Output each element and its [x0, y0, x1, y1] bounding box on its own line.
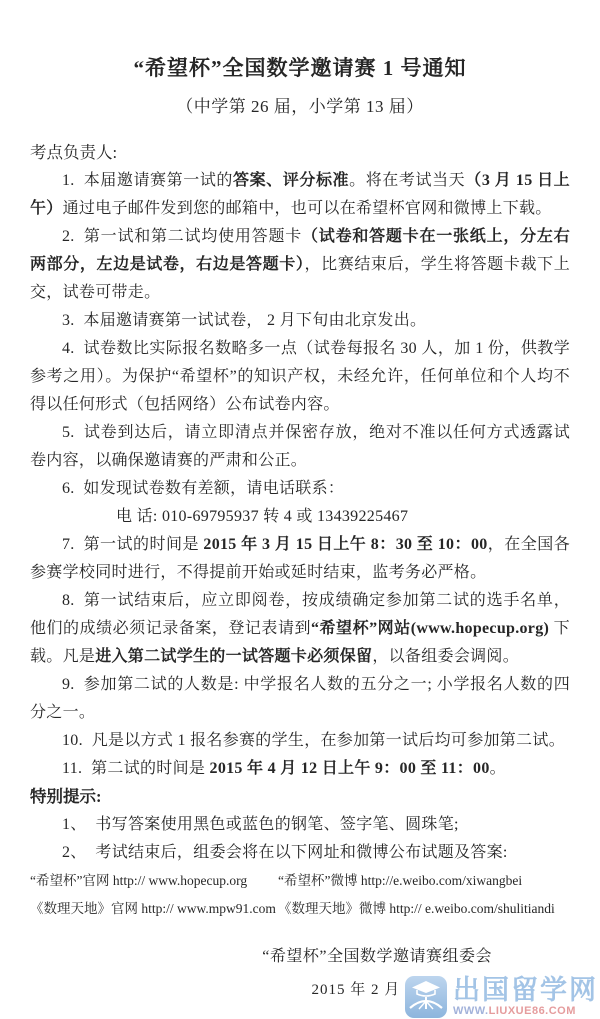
notice-item-6: 6.如发现试卷数有差额，请电话联系：: [30, 475, 570, 503]
page-subtitle: （中学第 26 届，小学第 13 届）: [30, 95, 570, 119]
item-text: 。将在考试当天: [349, 172, 465, 189]
item-text: 第二试的时间是: [91, 760, 209, 777]
item-text: 答案、评分标准: [233, 172, 349, 189]
watermark-logo: 出国留学网 WWW.LIUXUE86.COM: [404, 975, 598, 1019]
tip-item-1: 1、书写答案使用黑色或蓝色的钢笔、签字笔、圆珠笔;: [30, 811, 570, 839]
item-text: 进入第二试学生的一试答题卡必须保留: [95, 648, 372, 665]
item-text: 试卷到达后，请立即清点并保密存放，绝对不准以任何方式透露试卷内容，以确保邀请赛的…: [30, 424, 570, 469]
item-number: 2、: [62, 844, 87, 861]
item-number: 1、: [62, 816, 87, 833]
link-hopecup-official: “希望杯”官网 http:// www.hopecup.org: [30, 867, 278, 895]
link-hopecup-weibo: “希望杯”微博 http://e.weibo.com/xiwangbei: [278, 867, 570, 895]
links-row-1: “希望杯”官网 http:// www.hopecup.org “希望杯”微博 …: [30, 867, 570, 895]
links-row-2: 《数理天地》官网 http:// www.mpw91.com 《数理天地》微博 …: [30, 895, 570, 923]
notice-item-4: 4.试卷数比实际报名数略多一点（试卷每报名 30 人，加 1 份，供教学参考之用…: [30, 335, 570, 419]
watermark-site-name: 出国留学网: [453, 977, 598, 1004]
page-title: “希望杯”全国数学邀请赛 1 号通知: [30, 54, 570, 82]
document-page: { "header": { "title": "“希望杯”全国数学邀请赛 1 号…: [0, 0, 600, 1019]
notice-item-8: 8.第一试结束后，应立即阅卷，按成绩确定参加第二试的选手名单，他们的成绩必须记录…: [30, 587, 570, 671]
notice-item-1: 1.本届邀请赛第一试的答案、评分标准。将在考试当天（3 月 15 日上午）通过电…: [30, 167, 570, 223]
notice-document: “希望杯”全国数学邀请赛 1 号通知 （中学第 26 届，小学第 13 届） 考…: [0, 0, 600, 1019]
item-text: ，以备组委会调阅。: [372, 648, 519, 665]
item-text: 通过电子邮件发到您的邮箱中，也可以在希望杯官网和微博上下载。: [63, 200, 552, 217]
item-text: 书写答案使用黑色或蓝色的钢笔、签字笔、圆珠笔;: [95, 816, 458, 833]
item-text: 2015 年 3 月 15 日上午 8：30 至 10：00: [203, 536, 487, 553]
item-text: 。: [490, 760, 506, 777]
item-text: “希望杯”网站(www.hopecup.org): [311, 620, 549, 637]
item-number: 6.: [62, 480, 75, 497]
item-text: 本届邀请赛第一试试卷， 2 月下旬由北京发出。: [83, 312, 426, 329]
item-text: 第一试的时间是: [83, 536, 203, 553]
item-number: 4.: [62, 340, 75, 357]
watermark-site-url: WWW.LIUXUE86.COM: [453, 1006, 598, 1017]
item-number: 11.: [62, 760, 82, 777]
link-mpw-official: 《数理天地》官网 http:// www.mpw91.com: [30, 895, 278, 923]
notice-item-7: 7.第一试的时间是 2015 年 3 月 15 日上午 8：30 至 10：00…: [30, 531, 570, 587]
item-number: 1.: [62, 172, 75, 189]
item-number: 2.: [62, 228, 75, 245]
watermark-url-prefix: WWW.: [453, 1005, 489, 1017]
notice-item-10: 10.凡是以方式 1 报名参赛的学生，在参加第一试后均可参加第二试。: [30, 727, 570, 755]
item-text: 试卷数比实际报名数略多一点（试卷每报名 30 人，加 1 份，供教学参考之用）。…: [30, 340, 570, 413]
signature-line: “希望杯”全国数学邀请赛组委会: [262, 945, 492, 969]
notice-item-9: 9.参加第二试的人数是: 中学报名人数的五分之一; 小学报名人数的四分之一。: [30, 671, 570, 727]
item-text: 考试结束后，组委会将在以下网址和微博公布试题及答案:: [95, 844, 507, 861]
link-mpw-weibo: 《数理天地》微博 http:// e.weibo.com/shulitiandi: [278, 895, 570, 923]
links-block: “希望杯”官网 http:// www.hopecup.org “希望杯”微博 …: [30, 867, 570, 923]
item-number: 10.: [62, 732, 83, 749]
item-number: 8.: [62, 592, 75, 609]
graduation-cap-icon: [404, 975, 448, 1019]
item-text: 如发现试卷数有差额，请电话联系：: [83, 480, 344, 497]
item-text: 第一试和第二试均使用答题卡: [83, 228, 302, 245]
watermark-url-rest: LIUXUE86.COM: [489, 1005, 576, 1017]
salutation: 考点负责人:: [30, 139, 570, 167]
watermark-text: 出国留学网 WWW.LIUXUE86.COM: [453, 977, 598, 1017]
notice-item-5: 5.试卷到达后，请立即清点并保密存放，绝对不准以任何方式透露试卷内容，以确保邀请…: [30, 419, 570, 475]
item-number: 3.: [62, 312, 75, 329]
special-notice-heading: 特别提示:: [30, 783, 570, 811]
item-text: 2015 年 4 月 12 日上午 9：00 至 11：00: [210, 760, 490, 777]
item-text: 参加第二试的人数是: 中学报名人数的五分之一; 小学报名人数的四分之一。: [30, 676, 570, 721]
item-text: 凡是以方式 1 报名参赛的学生，在参加第一试后均可参加第二试。: [92, 732, 565, 749]
tip-item-2: 2、考试结束后，组委会将在以下网址和微博公布试题及答案:: [30, 839, 570, 867]
item-text: 本届邀请赛第一试的: [83, 172, 233, 189]
item-number: 5.: [62, 424, 75, 441]
notice-item-11: 11.第二试的时间是 2015 年 4 月 12 日上午 9：00 至 11：0…: [30, 755, 570, 783]
item-number: 7.: [62, 536, 75, 553]
phone-line: 电 话: 010-69795937 转 4 或 13439225467: [30, 503, 570, 531]
notice-item-2: 2.第一试和第二试均使用答题卡（试卷和答题卡在一张纸上，分左右两部分，左边是试卷…: [30, 223, 570, 307]
item-number: 9.: [62, 676, 75, 693]
notice-item-3: 3.本届邀请赛第一试试卷， 2 月下旬由北京发出。: [30, 307, 570, 335]
